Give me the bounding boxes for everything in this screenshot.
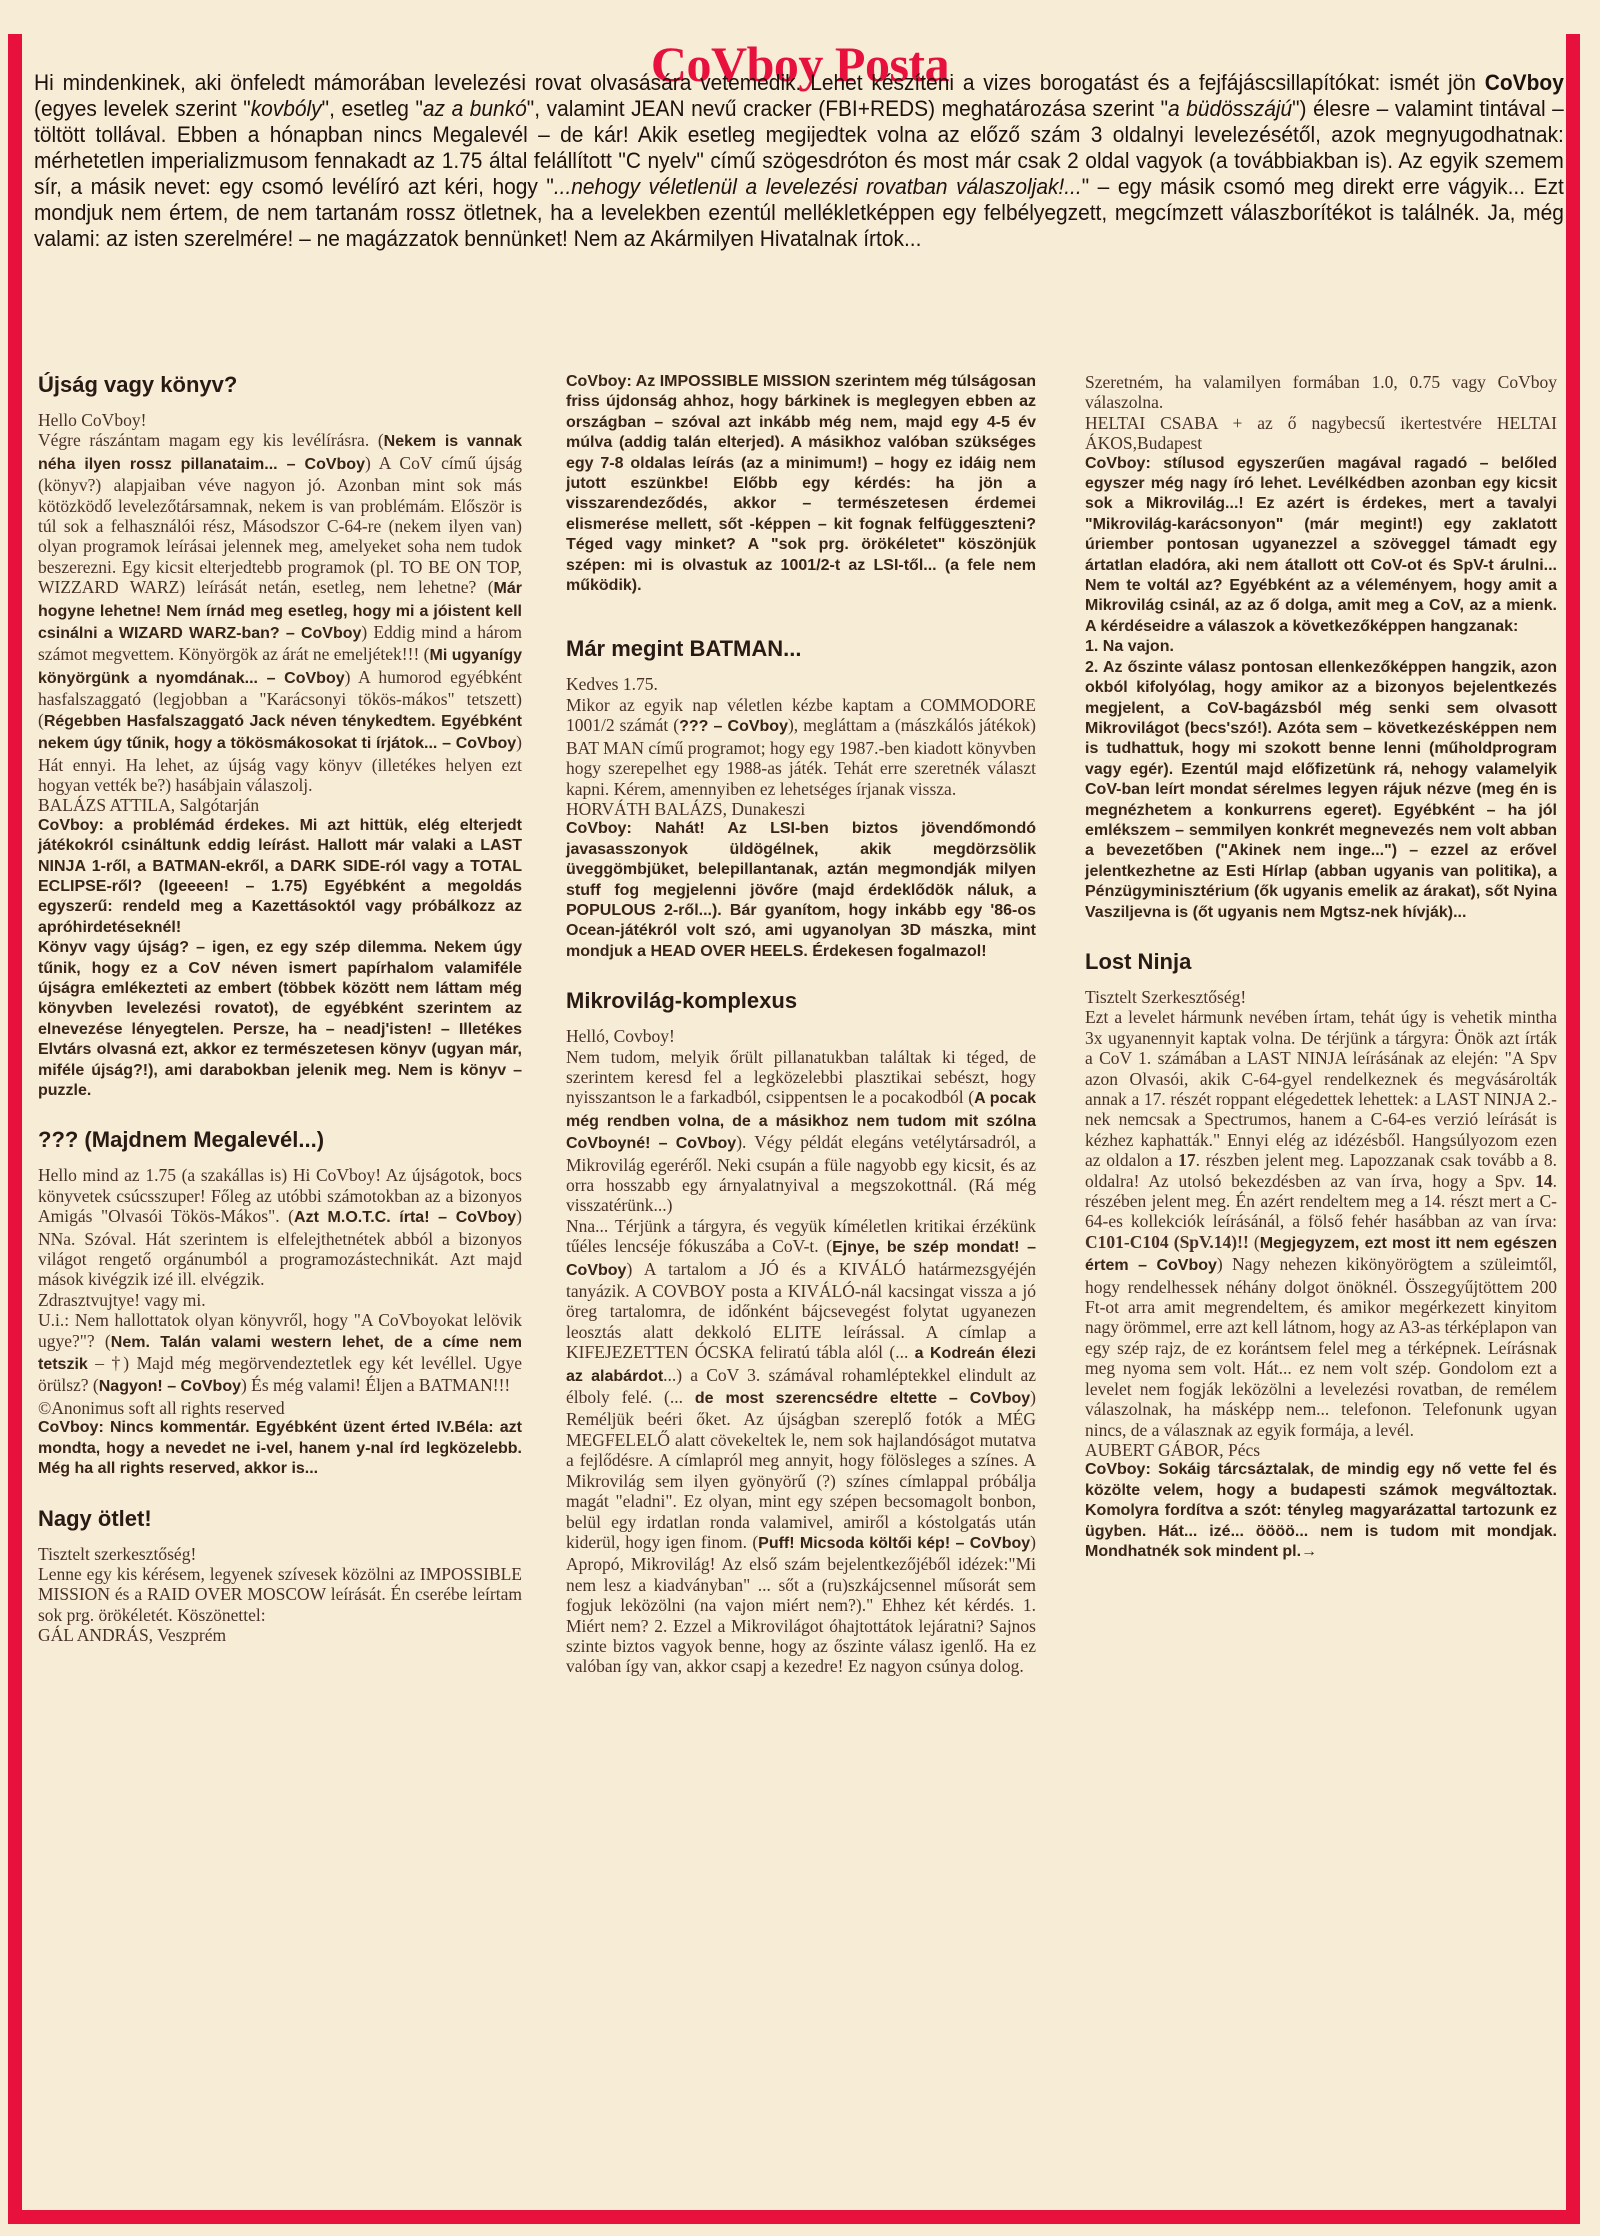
letter-greeting: Kedves 1.75. — [566, 674, 1036, 694]
letter-signature: HELTAI CSABA + az ő nagybecsű ikertestvé… — [1085, 413, 1557, 454]
column-2: CoVboy: Az IMPOSSIBLE MISSION szerintem … — [566, 372, 1036, 1703]
editor-reply: CoVboy: Sokáig tárcsáztalak, de mindig e… — [1085, 1460, 1557, 1562]
editor-reply: 1. Na vajon. — [1085, 637, 1557, 657]
letter-body: Mikor az egyik nap véletlen kézbe kaptam… — [566, 695, 1036, 799]
editor-comment: Régebben Hasfalszaggató Jack néven tényk… — [38, 713, 522, 752]
section-heading: Újság vagy könyv? — [38, 372, 522, 398]
section-heading: Mikrovilág-komplexus — [566, 988, 1036, 1014]
letter-nagy-otlet: Nagy ötlet! Tisztelt szerkesztőség! Lenn… — [38, 1506, 522, 1646]
section-heading: Lost Ninja — [1085, 949, 1557, 975]
letter-body: Zdrasztvujtye! vagy mi. — [38, 1290, 522, 1310]
letter-signature: GÁL ANDRÁS, Veszprém — [38, 1625, 522, 1645]
letter-greeting: Tisztelt Szerkesztőség! — [1085, 987, 1557, 1007]
letter-body: Hello mind az 1.75 (a szakállas is) Hi C… — [38, 1165, 522, 1289]
section-heading: ??? (Majdnem Megalevél...) — [38, 1127, 522, 1153]
continue-arrow-icon: → — [1301, 1543, 1317, 1560]
editor-reply: 2. Az őszinte válasz pontosan ellenkezők… — [1085, 658, 1557, 923]
section-heading: Nagy ötlet! — [38, 1506, 522, 1532]
letter-majdnem-megalevel: ??? (Majdnem Megalevél...) Hello mind az… — [38, 1127, 522, 1479]
editor-comment: Nagyon! – CoVboy — [99, 1378, 241, 1395]
editor-reply: CoVboy: a problémád érdekes. Mi azt hitt… — [38, 816, 522, 938]
letter-mar-megint-batman: Már megint BATMAN... Kedves 1.75. Mikor … — [566, 636, 1036, 962]
letter-greeting: Tisztelt szerkesztőség! — [38, 1544, 522, 1564]
editor-reply: CoVboy: Nincs kommentár. Egyébként üzent… — [38, 1418, 522, 1479]
section-heading: Már megint BATMAN... — [566, 636, 1036, 662]
letter-greeting: Helló, Covboy! — [566, 1026, 1036, 1046]
editor-comment: Azt M.O.T.C. írta! – CoVboy — [294, 1209, 516, 1226]
editor-comment: Puff! Micsoda költői kép! – CoVboy — [758, 1535, 1030, 1552]
letter-signature: HORVÁTH BALÁZS, Dunakeszi — [566, 799, 1036, 819]
column-1: Újság vagy könyv? Hello CoVboy! Végre rá… — [38, 372, 522, 1672]
letter-body: Végre rászántam magam egy kis levélírásr… — [38, 430, 522, 795]
letter-lost-ninja: Lost Ninja Tisztelt Szerkesztőség! Ezt a… — [1085, 949, 1557, 1562]
letter-mikrovilag-komplexus: Mikrovilág-komplexus Helló, Covboy! Nem … — [566, 988, 1036, 1677]
column-3: Szeretném, ha valamilyen formában 1.0, 0… — [1085, 372, 1557, 1588]
letter-body: Szeretném, ha valamilyen formában 1.0, 0… — [1085, 372, 1557, 413]
editor-comment: ??? – CoVboy — [679, 718, 788, 735]
editor-reply: CoVboy: Nahát! Az LSI-ben biztos jövendő… — [566, 819, 1036, 962]
letter-body: Nem tudom, melyik őrült pillanatukban ta… — [566, 1047, 1036, 1216]
letter-signature: AUBERT GÁBOR, Pécs — [1085, 1440, 1557, 1460]
intro-name: CoVboy — [1485, 70, 1564, 95]
letter-ujsag-vagy-konyv: Újság vagy könyv? Hello CoVboy! Végre rá… — [38, 372, 522, 1101]
letter-mikrovilag-continued: Szeretném, ha valamilyen formában 1.0, 0… — [1085, 372, 1557, 923]
editor-reply: CoVboy: stílusod egyszerűen magával raga… — [1085, 454, 1557, 638]
letter-body: Nna... Térjünk a tárgyra, és vegyük kímé… — [566, 1216, 1036, 1677]
editor-reply: Könyv vagy újság? – igen, ez egy szép di… — [38, 938, 522, 1101]
letter-body: Ezt a levelet hármunk nevében írtam, teh… — [1085, 1007, 1557, 1440]
editor-reply: CoVboy: Az IMPOSSIBLE MISSION szerintem … — [566, 372, 1036, 596]
reply-nagy-otlet: CoVboy: Az IMPOSSIBLE MISSION szerintem … — [566, 372, 1036, 596]
letter-body: U.i.: Nem hallottatok olyan könyvről, ho… — [38, 1310, 522, 1398]
letter-signature: BALÁZS ATTILA, Salgótarján — [38, 795, 522, 815]
intro-paragraph: Hi mindenkinek, aki önfeledt mámorában l… — [34, 70, 1564, 252]
letter-signature: ©Anonimus soft all rights reserved — [38, 1398, 522, 1418]
letter-greeting: Hello CoVboy! — [38, 410, 522, 430]
editor-comment: de most szerencsédre eltette – CoVboy — [695, 1390, 1030, 1407]
letter-body: Lenne egy kis kérésem, legyenek szívesek… — [38, 1564, 522, 1625]
